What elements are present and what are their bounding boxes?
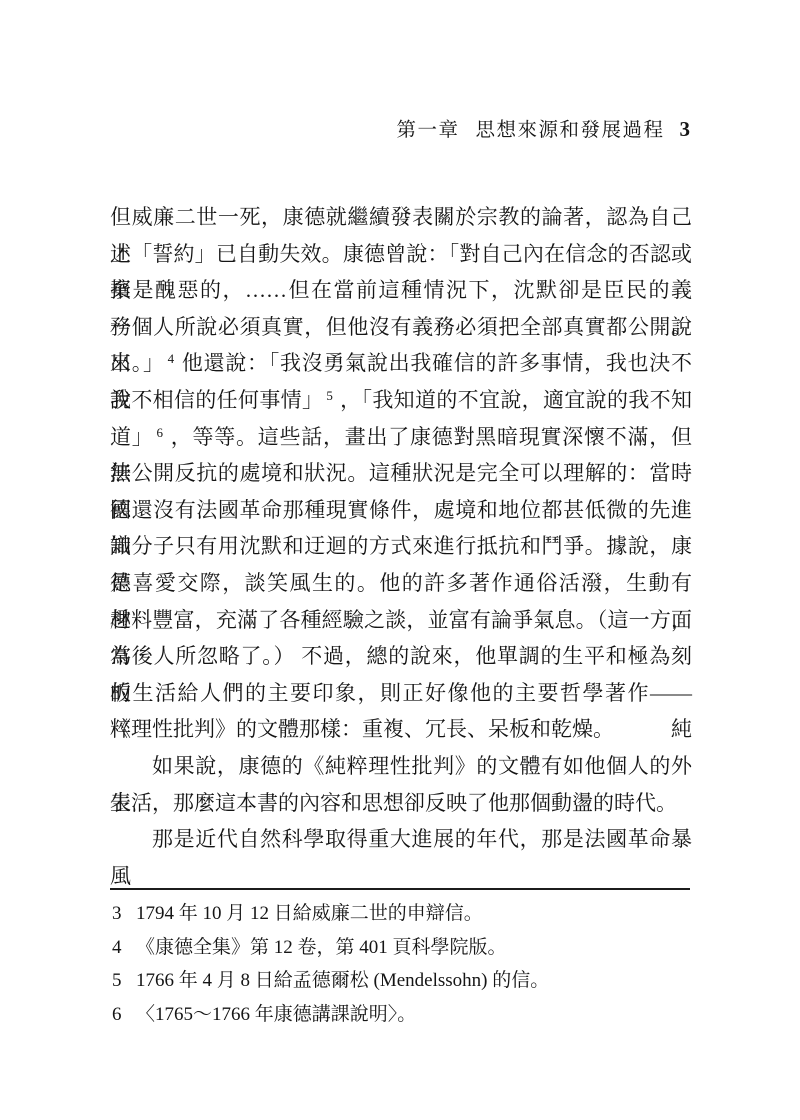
body-line: 一個人所說必須真實，但他沒有義務必須把全部真實都公開說出 — [110, 309, 692, 346]
footnote-number: 5 — [112, 964, 136, 998]
chapter-title: 思想來源和發展過程 — [475, 120, 664, 141]
body-line-text: 來。」 — [110, 351, 165, 375]
footnote-number: 4 — [112, 931, 136, 965]
footnote-ref: 4 — [168, 351, 175, 366]
body-line-text: 我不相信的任何事情」 — [110, 388, 323, 412]
footnote-item: 31794 年 10 月 12 日給威廉二世的申辯信。 — [112, 897, 692, 931]
body-line-text: 粹理性批判》的文體那樣：重複、冗長、呆板和乾燥。 — [110, 717, 614, 741]
footnote-text: 1766 年 4 月 8 日給孟德爾松 (Mendelssohn) 的信。 — [136, 964, 692, 998]
footnote-text: 《康德全集》第 12 卷，第 401 頁科學院版。 — [136, 931, 692, 965]
footnote-text: 1794 年 10 月 12 日給威廉二世的申辯信。 — [136, 897, 692, 931]
footnote-number: 3 — [112, 897, 136, 931]
body-line: 如果說，康德的《純粹理性批判》的文體有如他個人的外表 — [110, 748, 692, 785]
body-line: 法公開反抗的處境和狀況。這種狀況是完全可以理解的：當時德 — [110, 455, 692, 492]
footnote-item: 6〈1765～1766 年康德講課說明〉。 — [112, 998, 692, 1032]
body-line: 來。」4他還說：「我沒勇氣說出我確信的許多事情，我也決不說 — [110, 345, 692, 382]
footnote-item: 51766 年 4 月 8 日給孟德爾松 (Mendelssohn) 的信。 — [112, 964, 692, 998]
body-line: 國還沒有法國革命那種現實條件，處境和地位都甚低微的先進知 — [110, 492, 692, 529]
body-line: 粹理性批判》的文體那樣：重複、冗長、呆板和乾燥。 — [110, 711, 692, 748]
footnote-ref: 5 — [326, 388, 333, 403]
body-line: 生活，那麼這本書的內容和思想卻反映了他那個動盪的時代。 — [110, 785, 692, 822]
body-text: 但威廉二世一死，康德就繼續發表關於宗教的論著，認為自己上述「誓約」已自動失效。康… — [110, 199, 692, 858]
footnote-number: 6 — [112, 998, 136, 1032]
body-line-text: ，「我知道的不宜說，適宜說的我不知 — [340, 388, 692, 412]
footnote-ref: 6 — [157, 425, 164, 440]
body-line: 材料豐富，充滿了各種經驗之談，並富有論爭氣息。（這一方面常 — [110, 602, 692, 639]
body-line: 那是近代自然科學取得重大進展的年代，那是法國革命暴風 — [110, 821, 692, 858]
body-line: 是喜愛交際，談笑風生的。他的許多著作通俗活潑，生動有趣， — [110, 565, 692, 602]
book-page: 第一章思想來源和發展過程3 但威廉二世一死，康德就繼續發表關於宗教的論著，認為自… — [0, 0, 800, 1120]
body-line: 棄是醜惡的，……但在當前這種情況下，沈默卻是臣民的義務。 — [110, 272, 692, 309]
body-line-text: 生活，那麼這本書的內容和思想卻反映了他那個動盪的時代。 — [110, 791, 677, 815]
footnote-text: 〈1765～1766 年康德講課說明〉。 — [136, 998, 692, 1032]
chapter-label: 第一章 — [396, 120, 459, 141]
body-line: 道」6，等等。這些話，畫出了康德對黑暗現實深懷不滿，但無 — [110, 419, 692, 456]
body-line: 識分子只有用沈默和迂迴的方式來進行抵抗和鬥爭。據說，康德 — [110, 528, 692, 565]
body-line: 述「誓約」已自動失效。康德曾說：「對自己內在信念的否認或擯 — [110, 236, 692, 273]
body-line: 為後人所忽略了。） 不過，總的說來，他單調的生平和極為刻板 — [110, 638, 692, 675]
footnote-item: 4《康德全集》第 12 卷，第 401 頁科學院版。 — [112, 931, 692, 965]
running-header: 第一章思想來源和發展過程3 — [110, 117, 690, 143]
page-number: 3 — [680, 117, 691, 141]
footnote-separator — [110, 888, 690, 890]
body-line-text: 那是近代自然科學取得重大進展的年代，那是法國革命暴風 — [110, 827, 692, 888]
body-line: 的生活給人們的主要印象，則正好像他的主要哲學著作——《純 — [110, 675, 692, 712]
footnotes-section: 31794 年 10 月 12 日給威廉二世的申辯信。4《康德全集》第 12 卷… — [112, 897, 692, 1031]
body-line: 但威廉二世一死，康德就繼續發表關於宗教的論著，認為自己上 — [110, 199, 692, 236]
body-line-text: 道」 — [110, 425, 154, 449]
body-line: 我不相信的任何事情」5，「我知道的不宜說，適宜說的我不知 — [110, 382, 692, 419]
